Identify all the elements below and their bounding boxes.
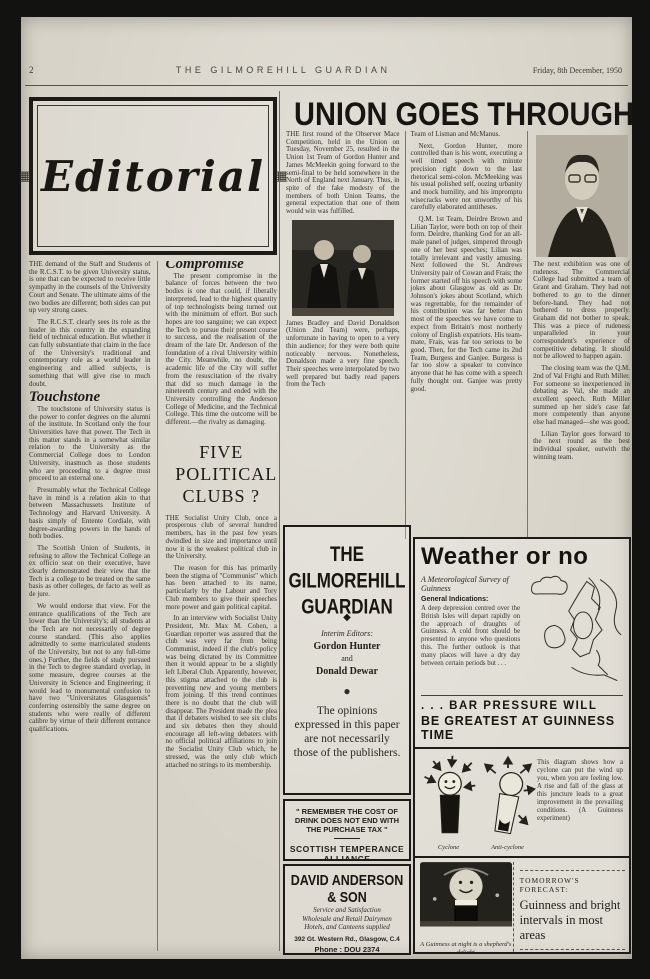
article-paragraph: Q.M. 1st Team, Deirdre Brown and Lilian … [411, 216, 523, 393]
editors-label: Interim Editors: [285, 629, 409, 638]
article-paragraph: In an interview with Socialist Unity Pre… [165, 615, 277, 769]
guinness-night-illustration [420, 862, 512, 934]
editorial-section: THE demand of the Staff and Students of … [29, 261, 277, 951]
availability-note: GUINNESS IS AVAILABLE IN BOTTLE, IN CANS… [520, 949, 625, 954]
editorial-paragraph: The Scottish Union of Students, in refus… [29, 545, 150, 599]
issue-date: Friday, 8th December, 1950 [533, 66, 622, 75]
slogan-line: . . . BAR PRESSURE WILL [421, 700, 623, 712]
compromise-subhead: Compromise [165, 261, 277, 269]
anderson-services: Service and Satisfaction Wholesale and R… [285, 906, 409, 932]
guinness-forecast-section: A Guinness at night is a shepherd's deli… [415, 856, 629, 954]
divider-rule [334, 838, 360, 839]
anderson-address: 392 Gt. Western Rd., Glasgow, C.4 [285, 936, 409, 943]
guardian-title-line: THE [285, 541, 409, 567]
union-column-2: Team of Lisman and McManus. Next, Gordon… [405, 131, 528, 539]
article-paragraph: THE first round of the Observer Mace Com… [286, 131, 400, 216]
page-number: 2 [29, 65, 34, 75]
touchstone-subhead: Touchstone [29, 394, 150, 402]
editorial-paragraph: The touchstone of University status is t… [29, 406, 150, 483]
article-paragraph: Next, Gordon Hunter, more controlled tha… [411, 143, 523, 212]
anticyclone-caption: Anti-cyclone [478, 844, 537, 851]
guardian-title-line: GILMOREHILL [285, 567, 409, 593]
anderson-name: DAVID ANDERSON & SON [285, 872, 409, 906]
guardian-title-line: GUARDIAN [285, 594, 409, 620]
editorial-paragraph: The R.C.S.T. clearly sees its role as th… [29, 319, 150, 388]
guardian-masthead-box: THE GILMOREHILL GUARDIAN ◆ Interim Edito… [283, 525, 411, 795]
guinness-slogan: . . . BAR PRESSURE WILL BE GREATEST AT G… [421, 695, 623, 742]
editorial-title-box: ▦ Editorial ▦ [29, 97, 277, 255]
masthead: THE GILMOREHILL GUARDIAN [176, 65, 391, 75]
union-column-1: THE first round of the Observer Mace Com… [284, 131, 405, 539]
editorial-paragraph: THE demand of the Staff and Students of … [29, 261, 150, 315]
temperance-quote: " REMEMBER THE COST OF DRINK DOES NOT EN… [285, 801, 409, 834]
union-column-3: The next exhibition was one of rudeness.… [527, 131, 630, 539]
and-word: and [285, 654, 409, 663]
editor-name: Donald Dewar [285, 666, 409, 677]
header-rule [25, 85, 628, 86]
debaters-photo [292, 220, 394, 316]
anderson-ad-box: DAVID ANDERSON & SON Service and Satisfa… [283, 864, 411, 955]
night-caption: A Guinness at night is a shepherd's deli… [419, 941, 513, 954]
article-paragraph: James Bradley and David Donaldson (Union… [286, 320, 400, 389]
editorial-paragraph: The present compromise in the balance of… [165, 273, 277, 427]
article-paragraph: Team of Lisman and McManus. [411, 131, 523, 139]
forecast-head: TOMORROW'S FORECAST: [520, 870, 625, 894]
speaker-portrait-photo [536, 135, 628, 257]
publisher-disclaimer: The opinions expressed in this paper are… [285, 704, 409, 760]
general-indications-text: A deep depression centred over the Briti… [421, 605, 520, 667]
cyclone-caption: Cyclone [419, 844, 478, 851]
union-columns: THE first round of the Observer Mace Com… [284, 131, 630, 539]
five-clubs-headline: FIVE POLITICAL CLUBS ? [175, 441, 267, 507]
guinness-ad: Weather or no A Meteorological Survey of… [413, 537, 631, 954]
guinness-ad-title: Weather or no [421, 543, 629, 571]
anderson-phone: Phone : DOU 2374 [285, 945, 409, 954]
union-headline: UNION GOES THROUGH [294, 97, 626, 134]
article-paragraph: The next exhibition was one of rudeness.… [533, 261, 630, 361]
editorial-column-2: Compromise The present compromise in the… [157, 261, 277, 951]
guinness-subtitle: A Meteorological Survey of Guinness [421, 575, 520, 593]
editorial-paragraph: Presumably what the Technical College ha… [29, 487, 150, 541]
ornament-icon: ▦ [19, 168, 31, 184]
diagram-explanation: This diagram shows how a cyclone can put… [537, 753, 623, 851]
article-paragraph: THE Socialist Unity Club, once a prosper… [165, 515, 277, 561]
anticyclone-glass-icon [480, 753, 536, 839]
cyclone-glass-icon [421, 753, 477, 839]
dot-ornament-icon: ● [285, 684, 409, 699]
anderson-line: Wholesale and Retail Dairymen [285, 915, 409, 924]
editor-name: Gordon Hunter [285, 641, 409, 652]
forecast-text: Guinness and bright intervals in most ar… [520, 898, 625, 943]
anderson-line: Hotels, and Canteens supplied [285, 923, 409, 932]
newspaper-page: 2 THE GILMOREHILL GUARDIAN Friday, 8th D… [21, 17, 632, 959]
slogan-line: BE GREATEST AT GUINNESS TIME [421, 714, 623, 742]
article-paragraph: The reason for this has primarily been t… [165, 565, 277, 611]
article-paragraph: The closing team was the Q.M. 2nd of Val… [533, 365, 630, 427]
article-paragraph: Lilian Taylor goes forward to the next r… [533, 431, 630, 462]
editorial-title: Editorial [41, 152, 265, 201]
temperance-ad-box: " REMEMBER THE COST OF DRINK DOES NOT EN… [283, 799, 411, 861]
editorial-column-1: THE demand of the Staff and Students of … [29, 261, 157, 951]
page-header: 2 THE GILMOREHILL GUARDIAN Friday, 8th D… [29, 65, 622, 75]
temperance-org: SCOTTISH TEMPERANCE ALLIANCE [285, 844, 409, 861]
british-isles-weather-map [522, 573, 625, 691]
guinness-diagram-section: Cyclone [415, 747, 629, 853]
general-indications-head: General Indications: [421, 596, 520, 603]
guardian-title: THE GILMOREHILL GUARDIAN [285, 541, 409, 620]
anderson-line: Service and Satisfaction [285, 906, 409, 915]
editorial-paragraph: We would endorse that view. For the entr… [29, 603, 150, 734]
